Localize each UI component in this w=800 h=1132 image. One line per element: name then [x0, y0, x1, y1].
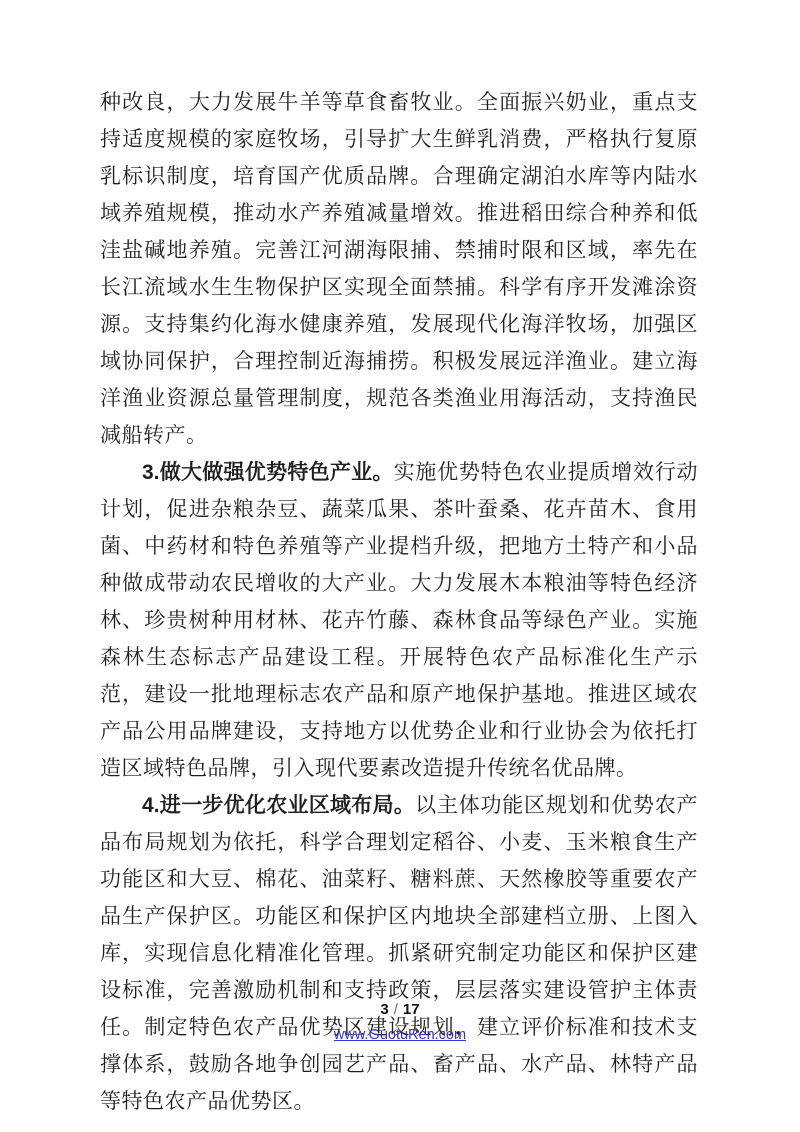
- paragraph-text: 以主体功能区规划和优势农产品布局规划为依托，科学合理划定稻谷、小麦、玉米粮食生产…: [100, 793, 698, 1113]
- paragraph-text: 种改良，大力发展牛羊等草食畜牧业。全面振兴奶业，重点支持适度规模的家庭牧场，引导…: [100, 90, 698, 447]
- paragraph-text: 实施优势特色农业提质增效行动计划，促进杂粮杂豆、蔬菜瓜果、茶叶蚕桑、花卉苗木、食…: [100, 460, 698, 780]
- document-body: 种改良，大力发展牛羊等草食畜牧业。全面振兴奶业，重点支持适度规模的家庭牧场，引导…: [100, 84, 698, 1120]
- page-number-separator: /: [389, 1001, 403, 1018]
- paragraph: 3.做大做强优势特色产业。实施优势特色农业提质增效行动计划，促进杂粮杂豆、蔬菜瓜…: [100, 454, 698, 787]
- paragraph: 4.进一步优化农业区域布局。以主体功能区规划和优势农产品布局规划为依托，科学合理…: [100, 787, 698, 1120]
- footer-link-row: www.GuotuRen.com: [0, 1026, 800, 1044]
- document-page: 种改良，大力发展牛羊等草食畜牧业。全面振兴奶业，重点支持适度规模的家庭牧场，引导…: [0, 0, 800, 1132]
- page-number: 3/17: [0, 1001, 800, 1018]
- website-link[interactable]: www.GuotuRen.com: [334, 1027, 466, 1043]
- page-number-total: 17: [403, 1001, 420, 1018]
- section-heading: 4.进一步优化农业区域布局。: [142, 794, 415, 817]
- paragraph: 种改良，大力发展牛羊等草食畜牧业。全面振兴奶业，重点支持适度规模的家庭牧场，引导…: [100, 84, 698, 454]
- page-number-current: 3: [380, 1001, 388, 1018]
- section-heading: 3.做大做强优势特色产业。: [142, 461, 394, 484]
